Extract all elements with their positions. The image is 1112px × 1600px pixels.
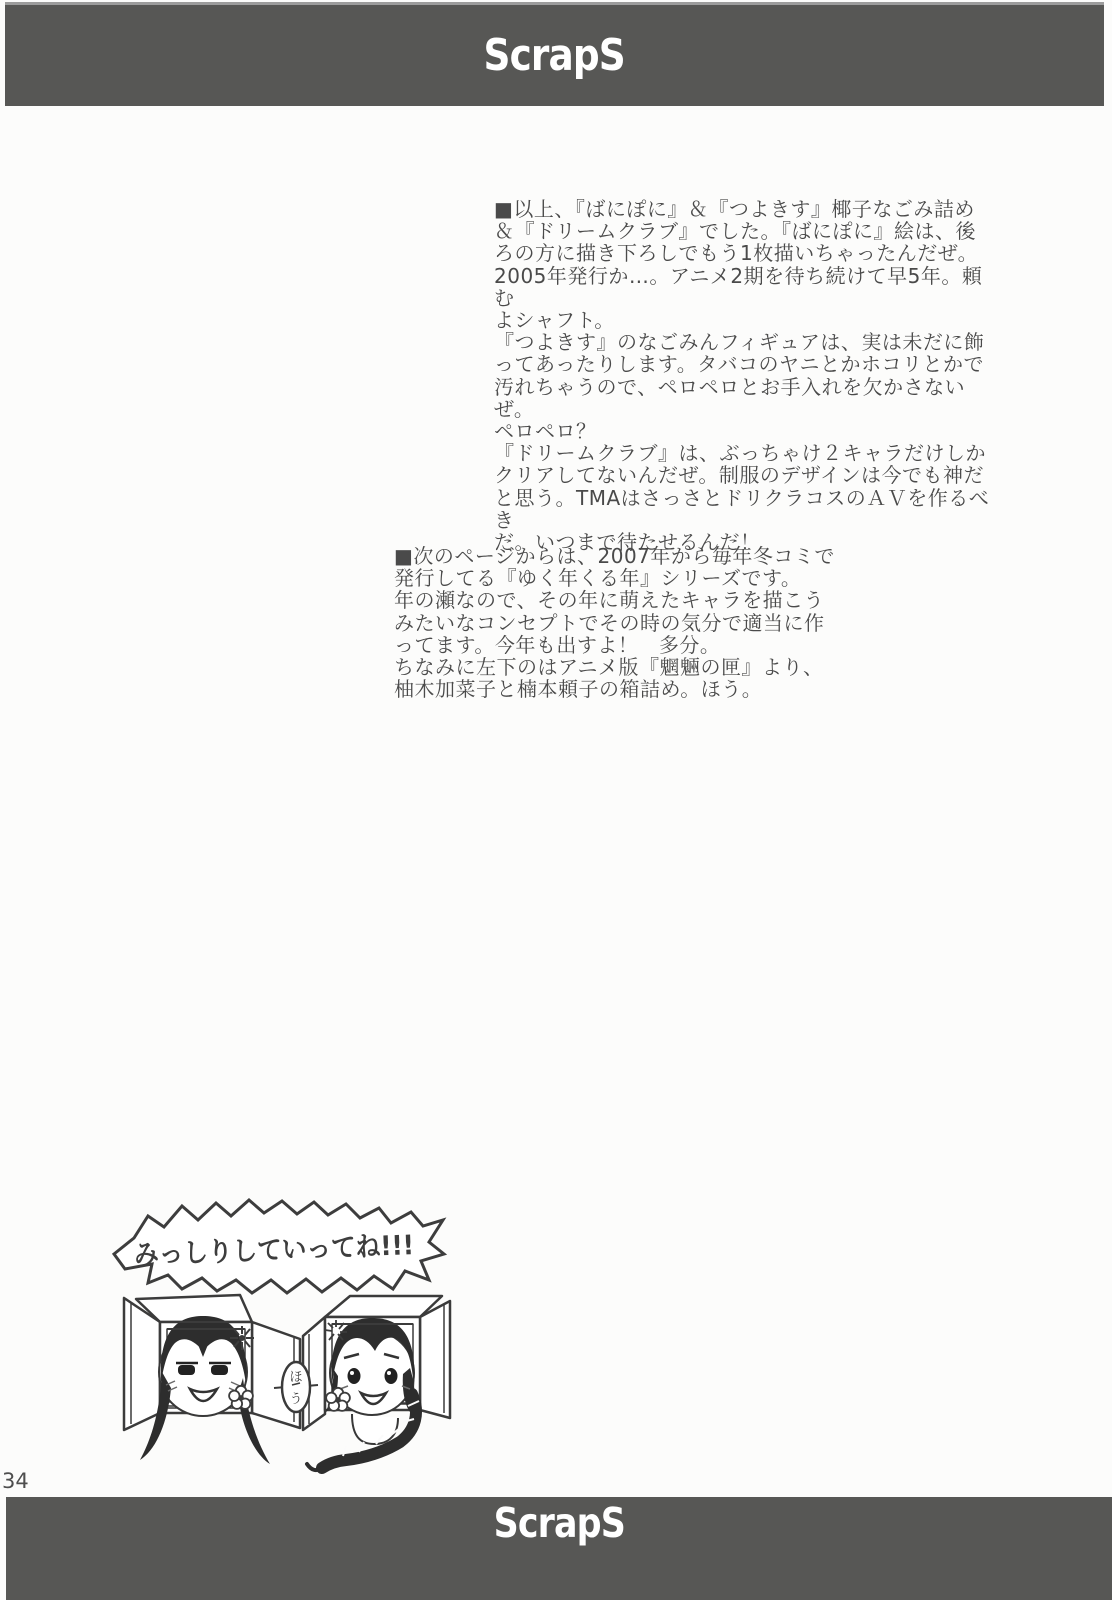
girl-left-eye [211, 1365, 228, 1375]
girl-right-eye [348, 1368, 361, 1384]
paragraph-next-pages-note: ■次のページからは、2007年から毎年冬コミで 発行してる『ゆく年くる年』シリー… [394, 545, 846, 700]
header-title: ScrapS [484, 34, 625, 78]
daisy-flower [230, 1326, 254, 1350]
girls-in-boxes-drawing: みっしりしていってね!!! [98, 1192, 502, 1484]
page-number: 34 [2, 1471, 29, 1492]
girl-right-shoulders [352, 1414, 398, 1444]
hou-bubble-char: ほ [289, 1370, 302, 1385]
paragraph-figures-comment: ■以上、『ばにぽに』＆『つよきす』椰子なごみ詰め ＆『ドリームクラブ』でした。『… [494, 198, 999, 553]
scanned-page: ScrapS ■以上、『ばにぽに』＆『つよきす』椰子なごみ詰め ＆『ドリームクラ… [0, 0, 1112, 1600]
hou-bubble-char: う [289, 1392, 302, 1407]
footer-bar: ScrapS [6, 1497, 1112, 1600]
girl-right-eye [385, 1368, 398, 1384]
bottom-illustration: みっしりしていってね!!! [98, 1192, 502, 1484]
box-right-right-door [420, 1301, 450, 1418]
footer-title: ScrapS [493, 1503, 624, 1544]
girl-left-eye [178, 1365, 195, 1375]
header-bar: ScrapS [5, 2, 1104, 106]
